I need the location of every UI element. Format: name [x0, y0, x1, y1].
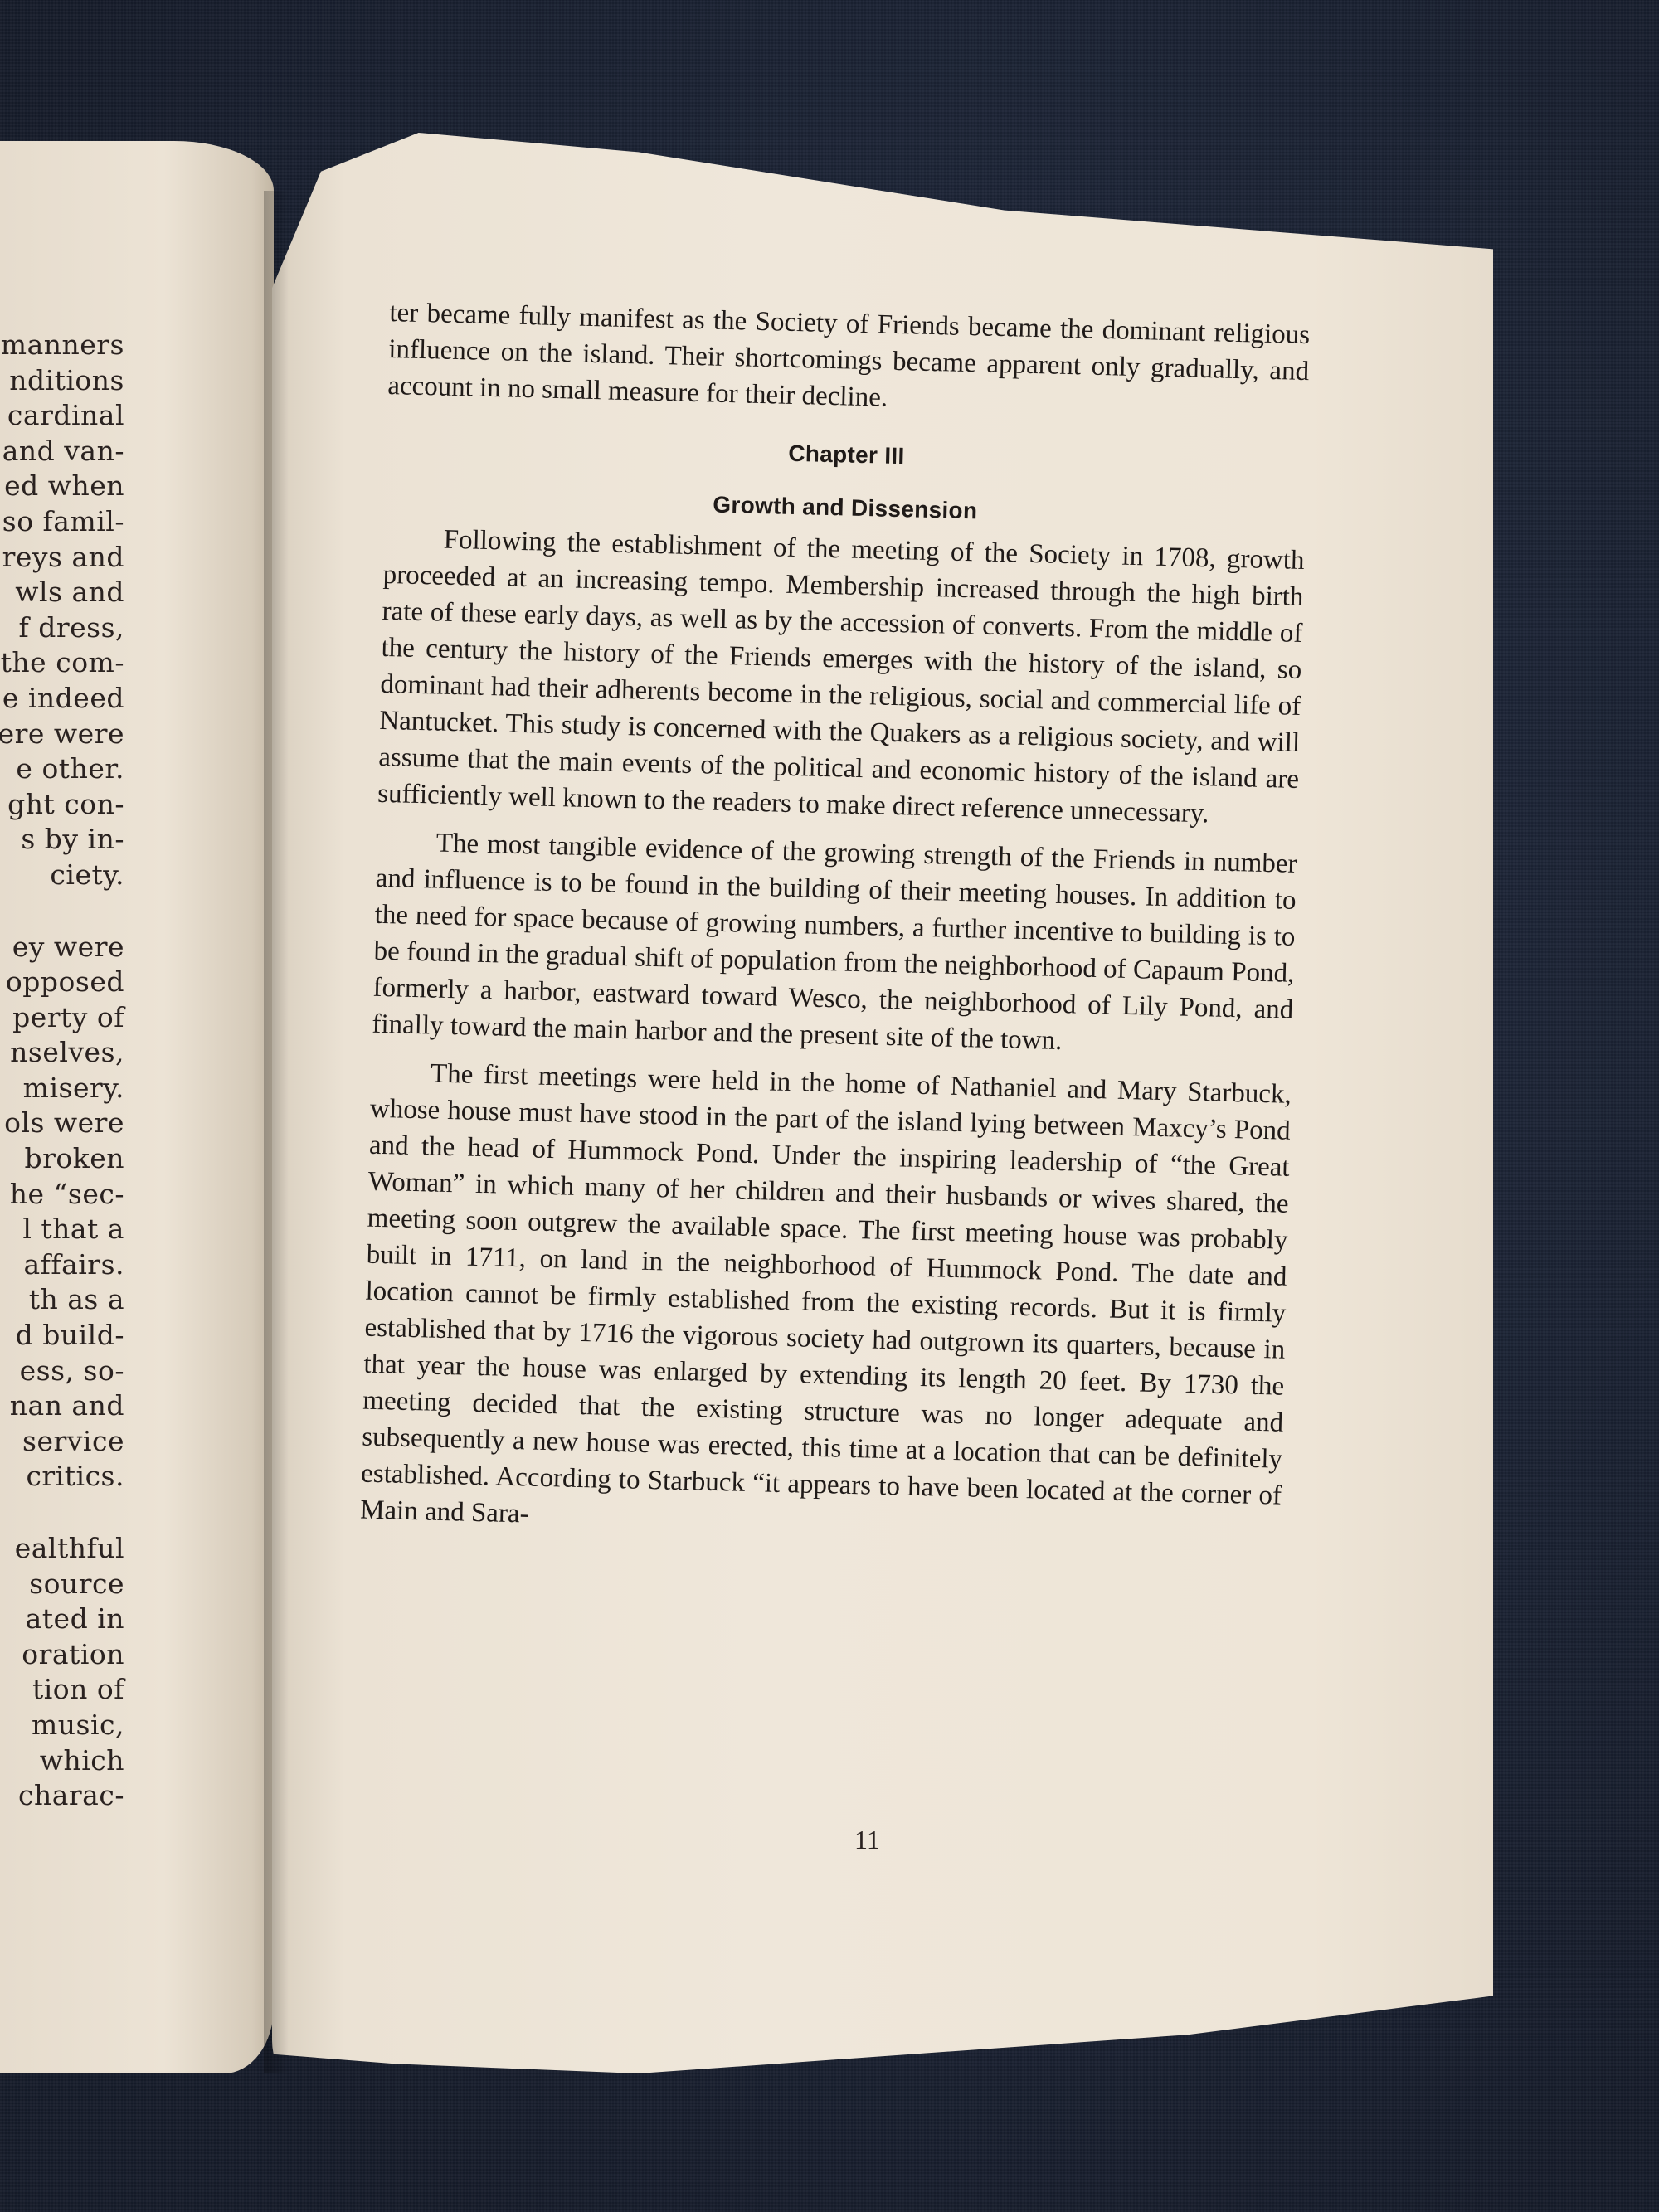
- left-line: ere were: [0, 717, 124, 752]
- paragraph-gap: [0, 1495, 124, 1531]
- left-line: f dress,: [0, 610, 124, 646]
- left-line: opposed: [0, 965, 124, 1000]
- left-line: source: [0, 1567, 124, 1602]
- left-line: manners: [0, 328, 124, 363]
- left-line: reys and: [0, 540, 124, 576]
- left-line: ess, so-: [0, 1354, 124, 1389]
- left-line: d build-: [0, 1318, 124, 1354]
- left-line: ed when: [0, 469, 124, 504]
- left-line: ealthful: [0, 1531, 124, 1567]
- left-page: manners nditions cardinal and van- ed wh…: [0, 141, 274, 2073]
- left-line: misery.: [0, 1071, 124, 1106]
- left-line: broken: [0, 1141, 124, 1177]
- left-line: l that a: [0, 1212, 124, 1247]
- left-line: critics.: [0, 1459, 124, 1495]
- right-page-text: ter became fully manifest as the Society…: [360, 294, 1311, 1551]
- left-line: and van-: [0, 434, 124, 469]
- left-line: so famil-: [0, 504, 124, 540]
- left-line: perty of: [0, 1000, 124, 1036]
- book-gutter: [264, 191, 289, 2073]
- left-line: wls and: [0, 575, 124, 610]
- paragraph: The first meetings were held in the home…: [360, 1054, 1292, 1551]
- left-line: charac-: [0, 1778, 124, 1814]
- left-line: which: [0, 1743, 124, 1779]
- left-line: nselves,: [0, 1035, 124, 1071]
- left-line: e other.: [0, 751, 124, 787]
- continuation-paragraph: ter became fully manifest as the Society…: [387, 294, 1311, 426]
- left-line: nan and: [0, 1388, 124, 1424]
- paragraph: Following the establishment of the meeti…: [377, 520, 1305, 834]
- left-line: ciety.: [0, 858, 124, 893]
- left-line: ght con-: [0, 787, 124, 823]
- left-line: ols were: [0, 1106, 124, 1141]
- left-line: nditions: [0, 363, 124, 399]
- paragraph-gap: [0, 893, 124, 930]
- left-line: tion of: [0, 1672, 124, 1708]
- left-line: service: [0, 1424, 124, 1460]
- left-line: music,: [0, 1708, 124, 1743]
- left-line: th as a: [0, 1282, 124, 1318]
- left-line: affairs.: [0, 1247, 124, 1283]
- left-line: oration: [0, 1637, 124, 1673]
- left-line: e indeed: [0, 681, 124, 717]
- left-line: s by in-: [0, 822, 124, 858]
- left-line: cardinal: [0, 398, 124, 434]
- left-line: the com-: [0, 645, 124, 681]
- paragraph: The most tangible evidence of the growin…: [372, 824, 1297, 1065]
- page-number: 11: [854, 1825, 880, 1855]
- chapter-heading: Chapter III: [386, 425, 1307, 484]
- left-line: ated in: [0, 1602, 124, 1637]
- left-page-text: manners nditions cardinal and van- ed wh…: [0, 328, 124, 1814]
- left-line: ey were: [0, 930, 124, 965]
- left-line: he “sec-: [0, 1177, 124, 1213]
